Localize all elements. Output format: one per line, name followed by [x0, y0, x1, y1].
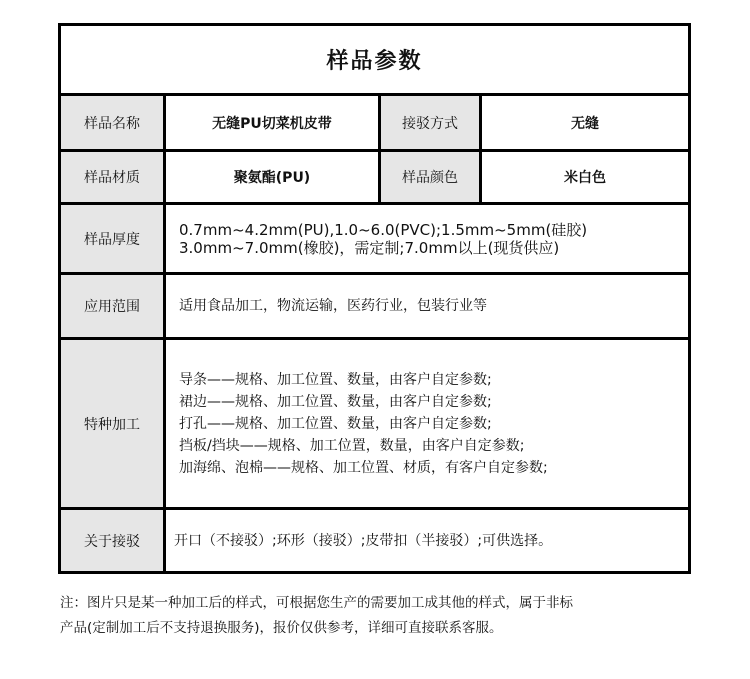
processing-line: 加海绵、泡棉——规格、加工位置、材质，有客户自定参数;	[179, 457, 548, 479]
processing-line: 导条——规格、加工位置、数量，由客户自定参数;	[179, 369, 492, 391]
label-sample-material: 样品材质	[61, 152, 166, 202]
value-sample-name: 无缝PU切菜机皮带	[166, 96, 378, 149]
value-joint: 开口（不接驳）;环形（接驳）;皮带扣（半接驳）;可供选择。	[166, 510, 688, 571]
processing-line: 挡板/挡块——规格、加工位置，数量，由客户自定参数;	[179, 435, 524, 457]
thickness-line: 3.0mm~7.0mm(橡胶)，需定制;7.0mm以上(现货供应)	[179, 239, 559, 257]
footnote: 注：图片只是某一种加工后的样式，可根据您生产的需要加工成其他的样式，属于非标 产…	[60, 591, 700, 641]
label-sample-thickness: 样品厚度	[61, 205, 166, 272]
sample-parameters-table: 样品参数 样品名称 无缝PU切菜机皮带 接驳方式 无缝 样品材质 聚氨酯(PU)…	[58, 23, 691, 574]
label-joint-method: 接驳方式	[378, 96, 482, 149]
value-sample-color: 米白色	[482, 152, 688, 202]
value-sample-thickness: 0.7mm~4.2mm(PU),1.0~6.0(PVC);1.5mm~5mm(硅…	[166, 205, 688, 272]
value-special-processing: 导条——规格、加工位置、数量，由客户自定参数; 裙边——规格、加工位置、数量，由…	[166, 340, 688, 507]
label-sample-color: 样品颜色	[378, 152, 482, 202]
value-sample-material: 聚氨酯(PU)	[166, 152, 378, 202]
row-application: 应用范围 适用食品加工，物流运输，医药行业，包装行业等	[61, 272, 688, 337]
processing-line: 打孔——规格、加工位置、数量，由客户自定参数;	[179, 413, 492, 435]
table-title: 样品参数	[61, 26, 688, 93]
label-special-processing: 特种加工	[61, 340, 166, 507]
label-joint: 关于接驳	[61, 510, 166, 571]
value-application: 适用食品加工，物流运输，医药行业，包装行业等	[166, 275, 688, 337]
footnote-line: 产品(定制加工后不支持退换服务)，报价仅供参考，详细可直接联系客服。	[60, 616, 700, 641]
value-joint-method: 无缝	[482, 96, 688, 149]
row-sample-material: 样品材质 聚氨酯(PU) 样品颜色 米白色	[61, 149, 688, 202]
row-sample-name: 样品名称 无缝PU切菜机皮带 接驳方式 无缝	[61, 93, 688, 149]
row-joint: 关于接驳 开口（不接驳）;环形（接驳）;皮带扣（半接驳）;可供选择。	[61, 507, 688, 571]
label-application: 应用范围	[61, 275, 166, 337]
footnote-line: 注：图片只是某一种加工后的样式，可根据您生产的需要加工成其他的样式，属于非标	[60, 591, 700, 616]
processing-line: 裙边——规格、加工位置、数量，由客户自定参数;	[179, 391, 492, 413]
thickness-line: 0.7mm~4.2mm(PU),1.0~6.0(PVC);1.5mm~5mm(硅…	[179, 221, 587, 239]
label-sample-name: 样品名称	[61, 96, 166, 149]
row-sample-thickness: 样品厚度 0.7mm~4.2mm(PU),1.0~6.0(PVC);1.5mm~…	[61, 202, 688, 272]
row-special-processing: 特种加工 导条——规格、加工位置、数量，由客户自定参数; 裙边——规格、加工位置…	[61, 337, 688, 507]
